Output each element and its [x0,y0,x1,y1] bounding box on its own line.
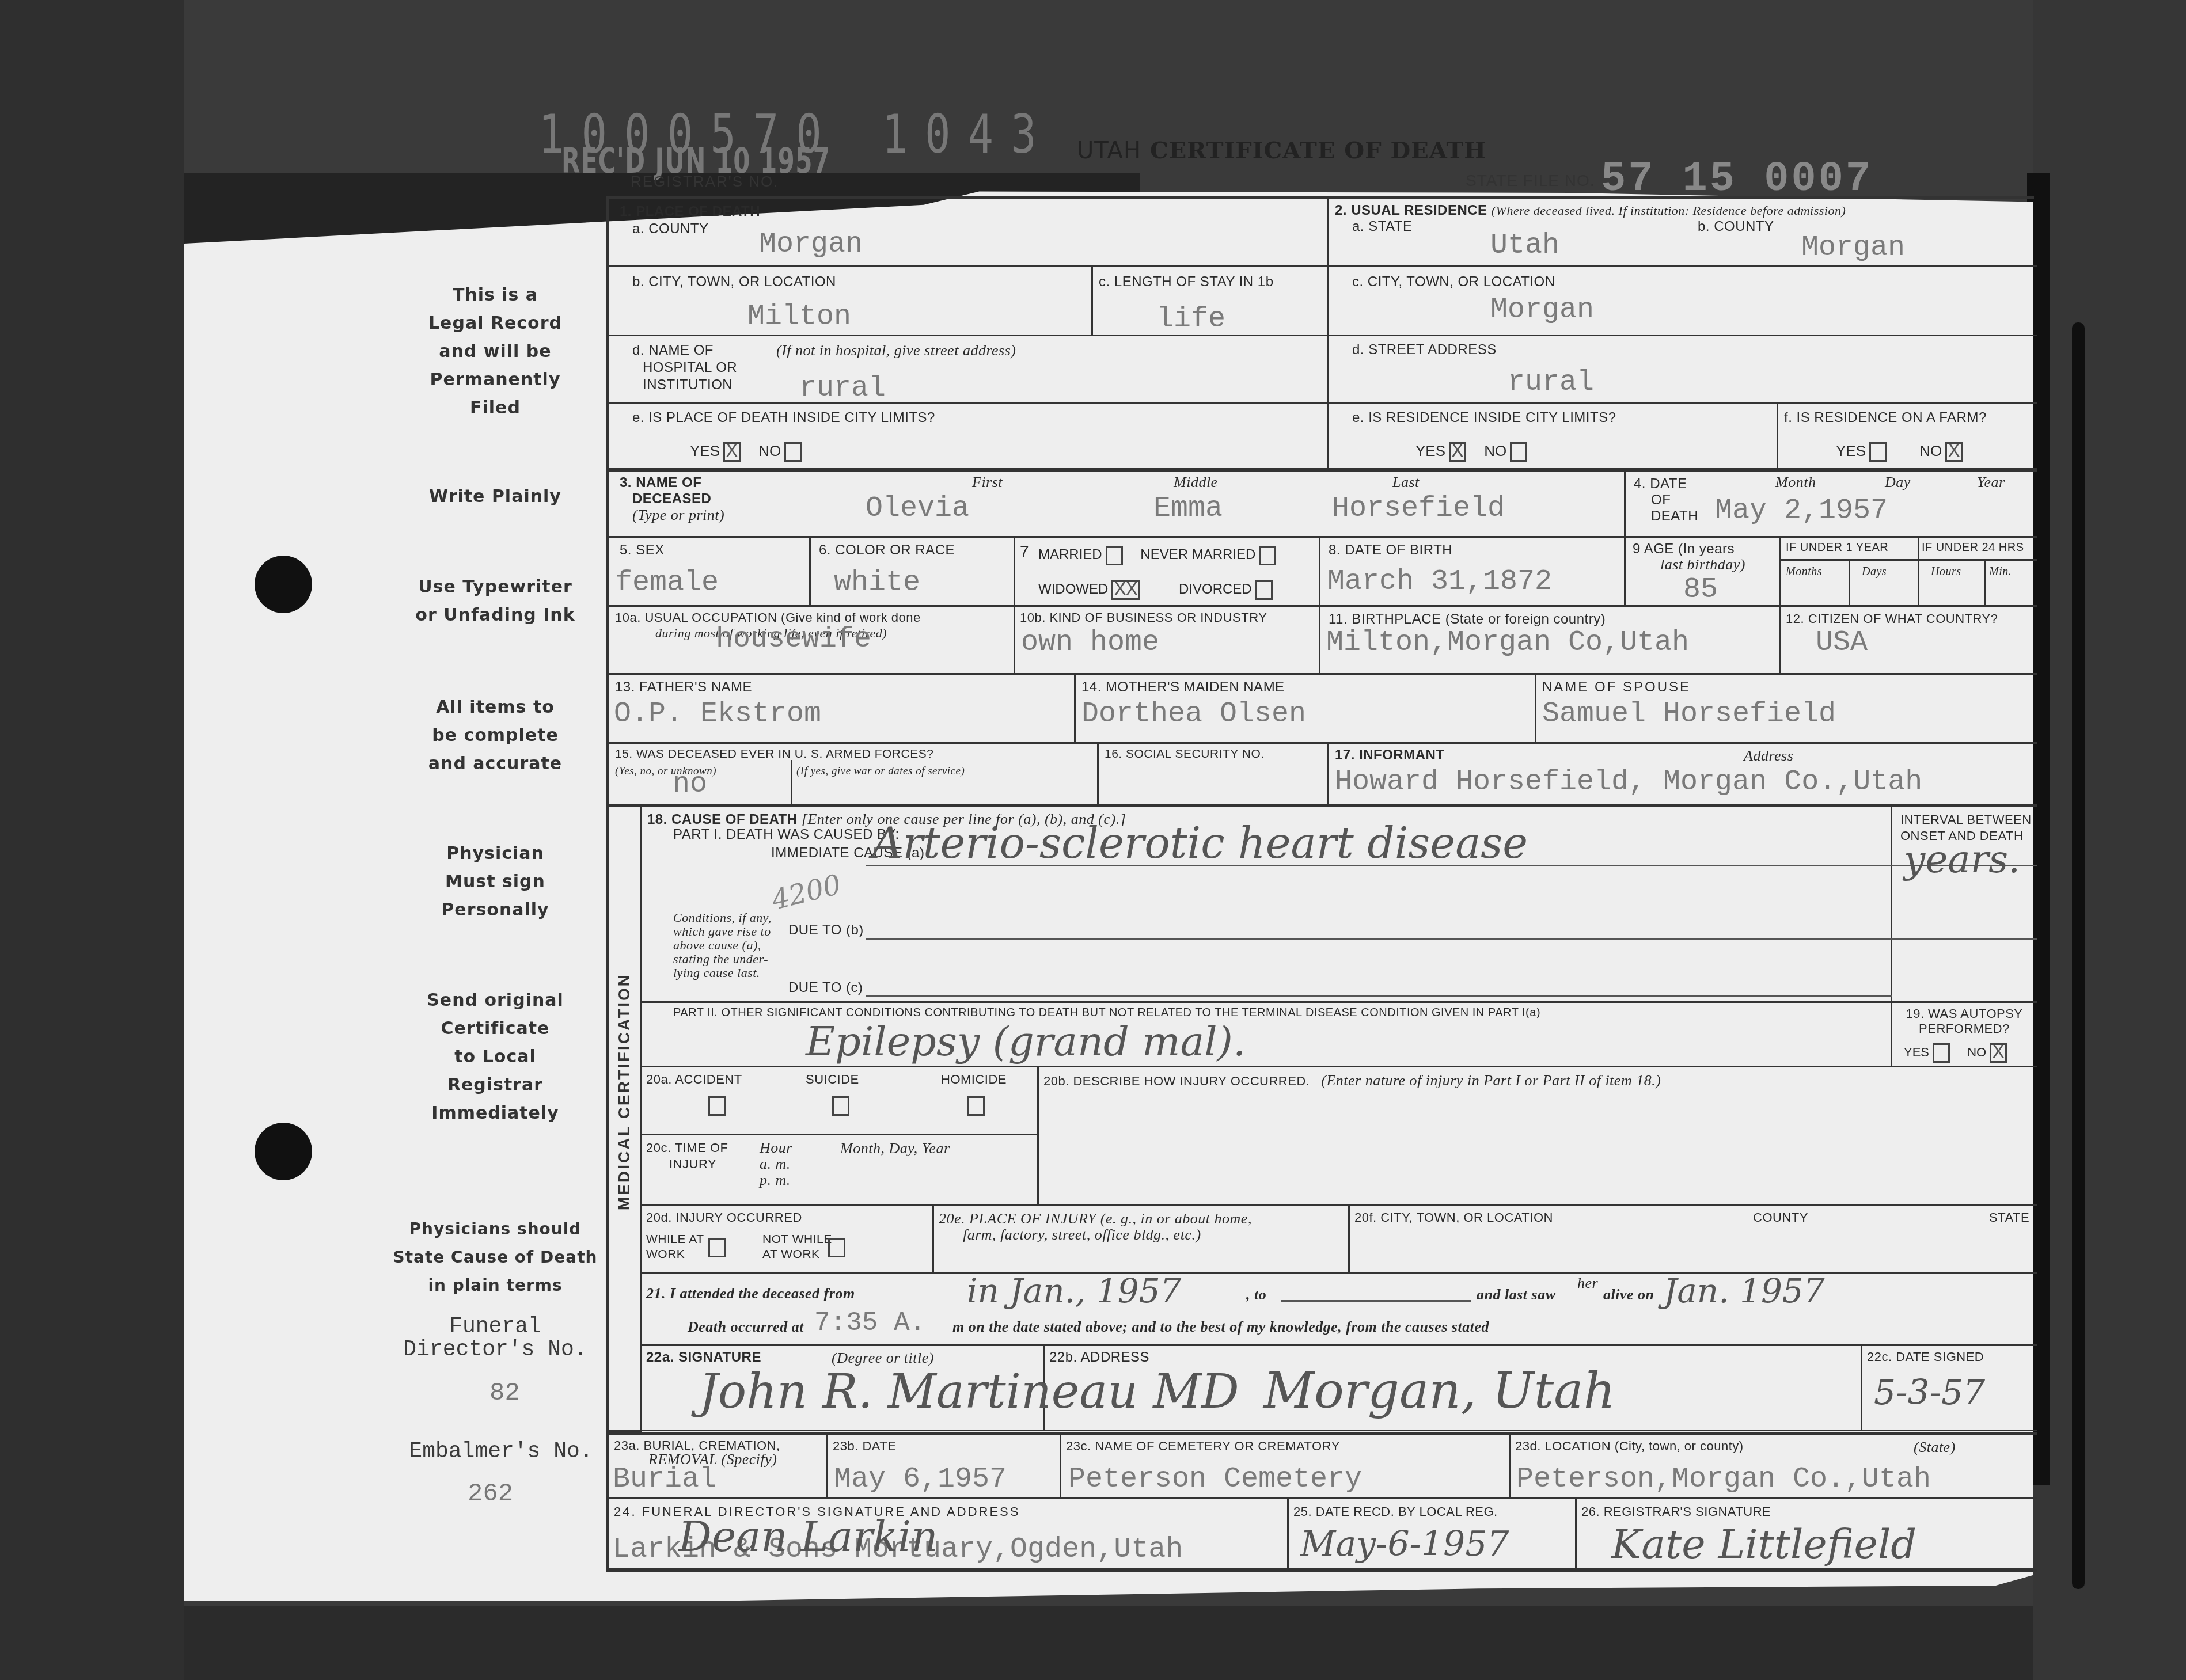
occupation-field[interactable]: housewife [716,623,871,656]
attended-label: 21. I attended the deceased from [646,1285,855,1302]
residence-city-limits-label: e. IS RESIDENCE INSIDE CITY LIMITS? [1352,410,1616,426]
date-received-field[interactable]: May-6-1957 [1300,1524,1509,1564]
interval-field[interactable]: years. [1904,837,2020,881]
punch-hole-bottom [255,1123,312,1180]
age-hours-field[interactable]: Hours [1919,561,1986,607]
autopsy-no-checkbox[interactable]: X [1990,1043,2007,1063]
time-of-injury-cell: 20c. TIME OF INJURY Hour a. m. p. m. Mon… [642,1135,1039,1206]
farm-label: f. IS RESIDENCE ON A FARM? [1784,410,1987,426]
mother-label: 14. MOTHER'S MAIDEN NAME [1081,679,1285,695]
margin-note-legal-record: This is a Legal Record and will be Perma… [369,281,622,422]
birthplace-label: 11. BIRTHPLACE (State or foreign country… [1329,611,1606,628]
first-name-field[interactable]: Olevia [866,492,969,525]
under-24-hrs-header: IF UNDER 24 HRS [1919,538,2037,561]
burial-date-field[interactable]: May 6,1957 [834,1463,1007,1496]
margin-note-send-original: Send original Certificate to Local Regis… [369,986,622,1127]
injury-county-label: COUNTY [1753,1210,1808,1225]
residence-state-county-cell: 2. USUAL RESIDENCE (Where deceased lived… [1329,199,2037,267]
scanner-background-right [2033,0,2186,1680]
date-of-death-field[interactable]: May 2,1957 [1715,495,1888,527]
attendance-cell: 21. I attended the deceased from in Jan.… [642,1274,2037,1346]
sex-label: 5. SEX [620,542,665,558]
disposition-cell: 23a. BURIAL, CREMATION, REMOVAL (Specify… [609,1432,828,1499]
death-city-limits-no-checkbox[interactable] [784,442,802,462]
death-city-limits-label: e. IS PLACE OF DEATH INSIDE CITY LIMITS? [632,410,935,426]
industry-cell: 10b. KIND OF BUSINESS OR INDUSTRY own ho… [1015,607,1320,675]
cemetery-location-cell: 23d. LOCATION (City, town, or county) (S… [1511,1432,2037,1499]
middle-name-field[interactable]: Emma [1153,492,1223,525]
under-1-year-header: IF UNDER 1 YEAR [1781,538,1919,561]
divorced-checkbox[interactable] [1255,580,1273,600]
mother-cell: 14. MOTHER'S MAIDEN NAME Dorthea Olsen [1076,675,1536,744]
date-signed-label: 22c. DATE SIGNED [1867,1350,1984,1364]
margin-note-cause-plain: Physicians should State Cause of Death i… [369,1215,622,1299]
interval-line-a [1892,865,2037,866]
residence-city-label: c. CITY, TOWN, OR LOCATION [1352,274,1555,290]
residence-county-label: b. COUNTY [1698,219,1774,235]
year-label: Year [1977,474,2005,491]
hospital-label: d. NAME OF HOSPITAL OR INSTITUTION [632,342,737,394]
armed-forces-divider [791,760,792,806]
residence-city-field[interactable]: Morgan [1490,294,1594,326]
degree-label: (Degree or title) [832,1350,934,1366]
funeral-director-cell: 24. FUNERAL DIRECTOR'S SIGNATURE AND ADD… [609,1499,1289,1572]
age-days-field[interactable]: Days [1850,561,1919,607]
armed-forces-field[interactable]: no [673,768,707,801]
registrar-signature-cell: 26. REGISTRAR'S SIGNATURE Kate Littlefie… [1577,1499,2037,1572]
hospital-field[interactable]: rural [799,372,886,405]
informant-address-label: Address [1744,747,1793,764]
never-married-checkbox[interactable] [1259,546,1276,565]
citizen-label: 12. CITIZEN OF WHAT COUNTRY? [1786,611,1998,626]
homicide-checkbox[interactable] [967,1096,985,1116]
city-label: b. CITY, TOWN, OR LOCATION [632,274,836,290]
birthplace-cell: 11. BIRTHPLACE (State or foreign country… [1320,607,1781,675]
farm-no-checkbox[interactable]: X [1945,442,1963,462]
homicide-label: HOMICIDE [941,1072,1007,1087]
margin-note-typewriter: Use Typewriter or Unfading Ink [369,573,622,629]
death-occurred-label: Death occurred at [688,1318,804,1335]
marital-label: 7 [1020,542,1029,561]
father-name-field[interactable]: O.P. Ekstrom [614,698,821,731]
place-of-death-header: 1. PLACE OF DEATH [620,204,760,219]
describe-label: 20b. DESCRIBE HOW INJURY OCCURRED. (Ente… [1043,1072,1661,1089]
date-of-death-cell: 4. DATE OF DEATH Month Day Year May 2,19… [1626,470,2037,538]
father-cell: 13. FATHER'S NAME O.P. Ekstrom [609,675,1076,744]
date-signed-cell: 22c. DATE SIGNED 5-3-57 [1862,1346,2037,1431]
date-received-cell: 25. DATE RECD. BY LOCAL REG. May-6-1957 [1289,1499,1577,1572]
manner-cell: 20a. ACCIDENT SUICIDE HOMICIDE [642,1067,1039,1135]
birthplace-field[interactable]: Milton,Morgan Co,Utah [1326,626,1689,659]
cemetery-location-label: 23d. LOCATION (City, town, or county) [1515,1439,1744,1454]
state-label: a. STATE [1352,219,1412,235]
binder-groove [2072,322,2085,1589]
date-received-label: 25. DATE RECD. BY LOCAL REG. [1293,1504,1498,1519]
physician-address-label: 22b. ADDRESS [1049,1350,1149,1366]
funeral-director-no: 82 [489,1379,520,1408]
stay-label: c. LENGTH OF STAY IN 1b [1099,274,1274,290]
farm-yes-checkbox[interactable] [1869,442,1887,462]
disposition-field[interactable]: Burial [613,1463,716,1496]
scanner-background-left [0,0,184,1680]
spouse-label: NAME OF SPOUSE [1542,679,1691,695]
place-of-injury-label: 20e. PLACE OF INJURY (e. g., in or about… [939,1210,1252,1227]
deceased-name-cell: 3. NAME OF DECEASED (Type or print) Firs… [609,470,1626,538]
mother-name-field[interactable]: Dorthea Olsen [1081,698,1306,731]
date-signed-field[interactable]: 5-3-57 [1874,1373,1985,1413]
physician-address-cell: 22b. ADDRESS Morgan, Utah [1045,1346,1862,1431]
father-label: 13. FATHER'S NAME [615,679,752,695]
medical-certification-strip: MEDICAL CERTIFICATION [609,807,642,1432]
medical-certification-label: MEDICAL CERTIFICATION [615,973,633,1210]
title-prefix: UTAH [1077,138,1141,164]
title-main: CERTIFICATE OF DEATH [1150,137,1486,164]
usual-residence-header: 2. USUAL RESIDENCE (Where deceased lived… [1335,203,1846,219]
injury-occurred-label: 20d. INJURY OCCURRED [646,1210,802,1225]
length-of-stay-cell: c. LENGTH OF STAY IN 1b life [1093,267,1329,336]
age-min-field[interactable]: Min. [1986,561,2037,607]
part2-cell: PART II. OTHER SIGNIFICANT CONDITIONS CO… [642,1003,1892,1067]
due-to-b-line[interactable] [866,938,1892,940]
injury-occurred-cell: 20d. INJURY OCCURRED WHILE ATWORK NOT WH… [642,1206,934,1274]
embalmer-no-label: Embalmer's No. [386,1439,616,1464]
signature-cell: 22a. SIGNATURE (Degree or title) John R.… [642,1346,1045,1431]
place-of-injury-cell: 20e. PLACE OF INJURY (e. g., in or about… [934,1206,1350,1274]
cemetery-field[interactable]: Peterson Cemetery [1068,1463,1362,1496]
death-city-limits-options: YESX NO [690,442,802,462]
registrar-signature[interactable]: Kate Littlefield [1611,1521,1916,1568]
age-months-field[interactable]: Months [1781,561,1850,607]
injury-state-label: STATE [1989,1210,2029,1225]
cemetery-cell: 23c. NAME OF CEMETERY OR CREMATORY Peter… [1061,1432,1511,1499]
industry-field[interactable]: own home [1021,626,1159,659]
burial-date-label: 23b. DATE [833,1439,896,1454]
funeral-director-signature[interactable]: Dean Larkin [678,1512,938,1561]
attended-from-field[interactable]: in Jan., 1957 [967,1271,1181,1310]
accident-checkbox[interactable] [708,1096,726,1116]
sex-field[interactable]: female [615,567,719,599]
age-cell: 9 AGE (In years last birthday) 85 [1626,538,1781,607]
page-title: UTAH CERTIFICATE OF DEATH [1077,137,1486,164]
dob-label: 8. DATE OF BIRTH [1329,542,1452,558]
ssn-label: 16. SOCIAL SECURITY NO. [1105,747,1265,761]
married-checkbox[interactable] [1106,546,1123,565]
death-time-field[interactable]: 7:35 A. [814,1308,925,1338]
attended-to-field[interactable] [1281,1300,1471,1302]
residence-street-field[interactable]: rural [1508,366,1594,399]
cemetery-location-field[interactable]: Peterson,Morgan Co.,Utah [1516,1463,1931,1496]
residence-county-field[interactable]: Morgan [1801,231,1905,264]
farm-options: YES NOX [1836,442,1963,462]
residence-city-cell: c. CITY, TOWN, OR LOCATION Morgan [1329,267,2037,336]
due-to-c-line[interactable] [866,995,1892,997]
registrar-signature-label: 26. REGISTRAR'S SIGNATURE [1581,1504,1771,1519]
death-city-limits-cell: e. IS PLACE OF DEATH INSIDE CITY LIMITS?… [609,404,1329,470]
due-to-c-label: DUE TO (c) [788,980,863,996]
cemetery-label: 23c. NAME OF CEMETERY OR CREMATORY [1066,1439,1340,1454]
deceased-name-label: 3. NAME OF DECEASED (Type or print) [620,475,724,524]
cause-of-death-cell: 18. CAUSE OF DEATH [Enter only one cause… [642,807,1892,1003]
month-label: Month [1775,474,1816,491]
accident-label: 20a. ACCIDENT [646,1072,742,1087]
physician-address-field[interactable]: Morgan, Utah [1263,1362,1615,1420]
injury-city-label: 20f. CITY, TOWN, OR LOCATION [1354,1210,1553,1225]
spouse-cell: NAME OF SPOUSE Samuel Horsefield [1536,675,2037,744]
autopsy-cell: 19. WAS AUTOPSY PERFORMED? YES NOX [1892,1003,2037,1067]
industry-label: 10b. KIND OF BUSINESS OR INDUSTRY [1020,610,1267,625]
residence-city-limits-cell: e. IS RESIDENCE INSIDE CITY LIMITS? YESX… [1329,404,1778,470]
punch-hole-top [255,556,312,613]
armed-forces-label: 15. WAS DECEASED EVER IN U. S. ARMED FOR… [615,747,933,761]
dob-field[interactable]: March 31,1872 [1327,565,1552,598]
residence-street-cell: d. STREET ADDRESS rural [1329,336,2037,404]
burial-date-cell: 23b. DATE May 6,1957 [828,1432,1061,1499]
mdy-label: Month, Day, Year [840,1140,950,1157]
dob-cell: 8. DATE OF BIRTH March 31,1872 [1320,538,1626,607]
spouse-name-field[interactable]: Samuel Horsefield [1542,698,1836,731]
death-city-limits-yes-checkbox[interactable]: X [723,442,741,462]
last-name-label: Last [1392,474,1420,491]
registrar-no-label: REGISTRAR'S NO. [631,173,779,191]
immediate-cause-field[interactable]: Arterio-sclerotic heart disease [872,819,1528,868]
citizen-cell: 12. CITIZEN OF WHAT COUNTRY? USA [1781,607,2037,675]
death-county-field[interactable]: Morgan [759,228,863,261]
cause-code-annotation: 4200 [768,868,844,917]
residence-city-limits-yes-checkbox[interactable]: X [1449,442,1466,462]
funeral-director-no-label: Funeral Director's No. [380,1316,610,1362]
hospital-cell: d. NAME OF HOSPITAL OR INSTITUTION (If n… [609,336,1329,404]
due-to-b-label: DUE TO (b) [788,922,864,938]
interval-line-b [1892,938,2037,940]
injury-location-cell: 20f. CITY, TOWN, OR LOCATION COUNTY STAT… [1350,1206,2037,1274]
race-cell: 6. COLOR OR RACE white [811,538,1015,607]
conditions-hint: Conditions, if any, which gave rise to a… [673,911,772,980]
suicide-label: SUICIDE [806,1072,859,1087]
suicide-checkbox[interactable] [832,1096,849,1116]
autopsy-label: 19. WAS AUTOPSY PERFORMED? [1898,1006,2031,1036]
last-name-field[interactable]: Horsefield [1332,492,1505,525]
margin-note-complete: All items to be complete and accurate [369,693,622,778]
age-field[interactable]: 85 [1683,573,1718,606]
pronoun-field: her [1577,1275,1598,1291]
hour-label: Hour a. m. p. m. [760,1140,792,1188]
residence-state-field[interactable]: Utah [1490,229,1559,262]
farm-cell: f. IS RESIDENCE ON A FARM? YES NOX [1778,404,2037,470]
date-of-death-label: 4. DATE OF DEATH [1634,476,1698,524]
first-name-label: First [972,474,1003,491]
sex-cell: 5. SEX female [609,538,811,607]
day-label: Day [1885,474,1911,491]
scanner-background-bottom [184,1606,2033,1680]
citizen-field[interactable]: USA [1816,626,1868,659]
residence-city-limits-options: YESX NO [1415,442,1527,462]
race-field[interactable]: white [834,567,920,599]
autopsy-yes-checkbox[interactable] [1933,1043,1950,1063]
age-label-2: last birthday) [1660,556,1745,573]
margin-note-physician-sign: Physician Must sign Personally [369,839,622,924]
county-label: a. COUNTY [632,221,709,237]
informant-cell: 17. INFORMANT Address Howard Horsefield,… [1329,744,2037,807]
marital-status-cell: 7 MARRIED NEVER MARRIED WIDOWEDXX DIVORC… [1015,538,1320,607]
place-city-cell: b. CITY, TOWN, OR LOCATION Milton [609,267,1093,336]
place-county-cell: 1. PLACE OF DEATH a. COUNTY Morgan [609,199,1329,267]
margin-note-write-plainly: Write Plainly [369,482,622,511]
certificate-form: 1. PLACE OF DEATH a. COUNTY Morgan b. CI… [606,196,2034,1572]
part2-field[interactable]: Epilepsy (grand mal). [806,1018,1246,1065]
last-saw-field[interactable]: Jan. 1957 [1664,1271,1825,1310]
hospital-hint: (If not in hospital, give street address… [776,342,1016,359]
age-label: 9 AGE (In years [1633,541,1735,557]
embalmer-no: 262 [468,1480,513,1508]
cemetery-state-label: (State) [1914,1439,1956,1455]
widowed-checkbox[interactable]: XX [1111,580,1140,600]
race-label: 6. COLOR OR RACE [819,542,955,558]
ssn-cell: 16. SOCIAL SECURITY NO. [1099,744,1329,807]
middle-name-label: Middle [1174,474,1218,491]
interval-cell: INTERVAL BETWEEN ONSET AND DEATH years. [1892,807,2037,1003]
injury-description-cell: 20b. DESCRIBE HOW INJURY OCCURRED. (Ente… [1039,1067,2037,1206]
part1-label: PART I. DEATH WAS CAUSED BY: [673,827,900,843]
death-city-field[interactable]: Milton [747,301,851,333]
street-label: d. STREET ADDRESS [1352,342,1497,358]
occupation-cell: 10a. USUAL OCCUPATION (Give kind of work… [609,607,1015,675]
informant-label: 17. INFORMANT [1335,747,1445,763]
informant-field[interactable]: Howard Horsefield, Morgan Co.,Utah [1335,766,1922,799]
length-of-stay-field[interactable]: life [1156,303,1225,336]
signature-label: 22a. SIGNATURE [646,1350,761,1365]
state-file-label: STATE FILE NO. [1466,172,1595,190]
while-at-work-checkbox[interactable] [708,1238,726,1257]
time-of-injury-label: 20c. TIME OF INJURY [646,1140,728,1172]
residence-city-limits-no-checkbox[interactable] [1510,442,1527,462]
armed-forces-cell: 15. WAS DECEASED EVER IN U. S. ARMED FOR… [609,744,1099,807]
not-while-at-work-checkbox[interactable] [828,1238,845,1257]
